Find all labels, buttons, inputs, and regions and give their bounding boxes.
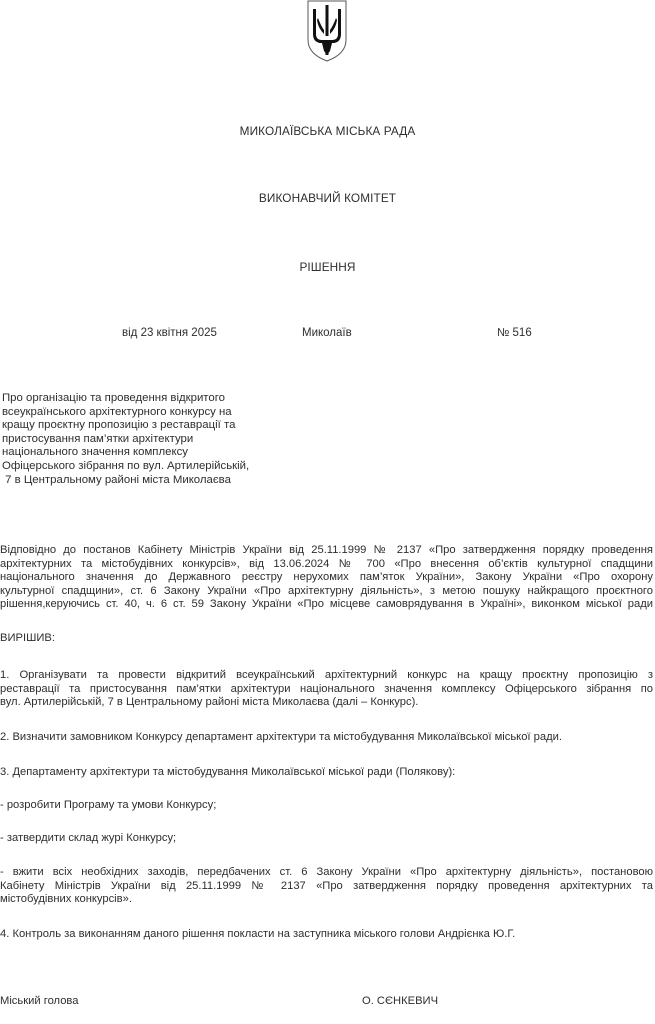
item-1-line: вул. Артилерійській, 7 в Центральному ра… (0, 696, 653, 710)
item-3-subitem-3-line: - вжити всіх необхідних заходів, передба… (0, 866, 653, 880)
item-3-subitem-2: - затвердити склад журі Конкурсу; (0, 832, 176, 844)
subject-line: Про організацію та проведення відкритого (2, 392, 292, 406)
subject-line: національного значення комплексу (2, 446, 292, 460)
item-3-paragraph: 3. Департаменту архітектури та містобуду… (0, 766, 455, 778)
document-date: від 23 квітня 2025 (122, 327, 217, 339)
signatory-name: О. СЄНКЕВИЧ (362, 995, 438, 1007)
subject-line: пристосування пам’ятки архітектури (2, 433, 292, 447)
decision-subject: Про організацію та проведення відкритого… (2, 392, 292, 487)
item-2-paragraph: 2. Визначити замовником Конкурсу департа… (0, 731, 562, 743)
preamble-line: національного значення до Державного реє… (0, 571, 653, 585)
document-type: РІШЕННЯ (0, 260, 655, 274)
subject-line: всеукраїнського архітектурного конкурсу … (2, 406, 292, 420)
council-name: МИКОЛАЇВСЬКА МІСЬКА РАДА (0, 124, 655, 138)
item-4-paragraph: 4. Контроль за виконанням даного рішення… (0, 928, 515, 940)
tryzub-coat-of-arms-icon (304, 0, 350, 62)
preamble-line: культурної спадщини», ст. 6 Закону Украї… (0, 585, 653, 599)
committee-name: ВИКОНАВЧИЙ КОМІТЕТ (0, 191, 655, 205)
document-number: № 516 (497, 327, 532, 339)
subject-line: кращу проєктну пропозицію з реставрації … (2, 419, 292, 433)
item-1-line: 1. Організувати та провести відкритий вс… (0, 669, 653, 683)
item-1-line: реставрації та пристосування пам’ятки ар… (0, 683, 653, 697)
document-city: Миколаїв (302, 327, 352, 339)
item-3-subitem-1: - розробити Програму та умови Конкурсу; (0, 799, 216, 811)
preamble-line: Відповідно до постанов Кабінету Міністрі… (0, 544, 653, 558)
item-1-paragraph: 1. Організувати та провести відкритий вс… (0, 669, 653, 710)
subject-line: 7 в Центральному районі міста Миколаєва (2, 474, 292, 488)
item-3-subitem-3-line: Кабінету Міністрів України від 25.11.199… (0, 880, 653, 894)
preamble-paragraph: Відповідно до постанов Кабінету Міністрі… (0, 544, 653, 612)
item-3-subitem-3: - вжити всіх необхідних заходів, передба… (0, 866, 653, 907)
subject-line: Офіцерського зібрання по вул. Артилерійс… (2, 460, 292, 474)
signatory-position: Міський голова (0, 995, 78, 1007)
resolved-heading: ВИРІШИВ: (0, 632, 55, 644)
preamble-line: рішення,керуючись ст. 40, ч. 6 ст. 59 За… (0, 598, 653, 612)
preamble-line: архітектурних та містобудівних конкурсів… (0, 558, 653, 572)
item-3-subitem-3-line: містобудівних конкурсів». (0, 893, 653, 907)
